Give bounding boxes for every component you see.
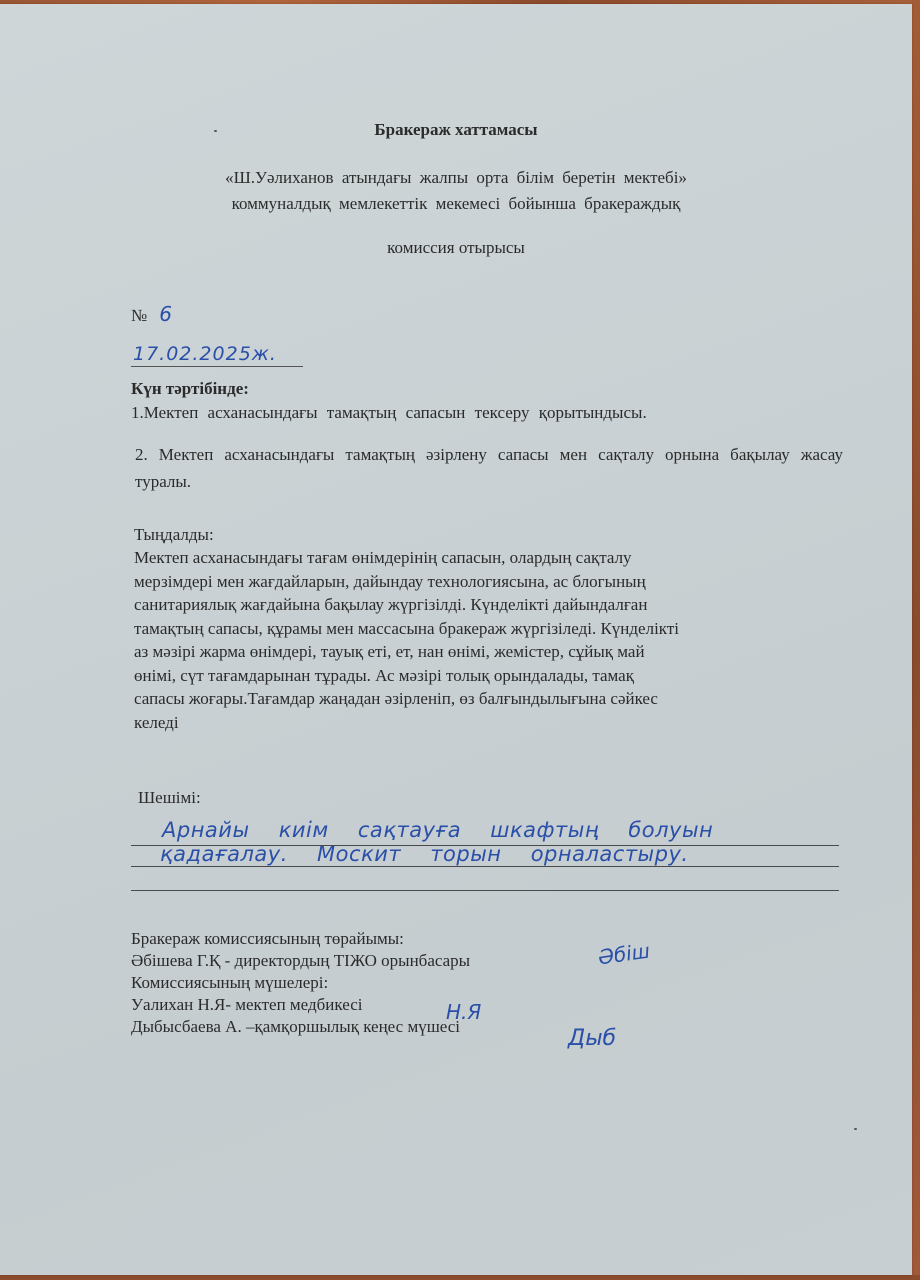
heard-line: өнімі, сүт тағамдарынан тұрады. Ас мәзір…: [134, 664, 844, 688]
heard-line: санитариялық жағдайына бақылау жүргізілд…: [134, 593, 844, 617]
heard-body: Мектеп асханасындағы тағам өнімдерінің с…: [134, 546, 844, 734]
heard-line: мерзімдері мен жағдайларын, дайындау тех…: [134, 570, 844, 594]
paper-speck: [854, 1128, 857, 1130]
paper-speck: [214, 130, 217, 132]
decision-handwritten-line-1: Арнайы киім сақтауға шкафтың болуын: [162, 818, 713, 842]
agenda-heading: Күн тәртібінде:: [131, 379, 249, 399]
number-value-handwritten: 6: [159, 302, 172, 326]
agenda-item-1: 1.Мектеп асханасындағы тамақтың сапасын …: [131, 402, 843, 425]
member-2-signature: Дыб: [568, 1026, 616, 1051]
heard-line: сапасы жоғары.Тағамдар жаңадан әзірленіп…: [134, 687, 844, 711]
heard-line: Мектеп асханасындағы тағам өнімдерінің с…: [134, 546, 844, 570]
member-1-name: Уалихан Н.Я- мектеп медбикесі: [131, 994, 470, 1016]
chair-name: Әбішева Г.Қ - директордың ТІЖО орынбасар…: [131, 950, 470, 972]
date-handwritten: 17.02.2025ж.: [131, 342, 303, 367]
member-1-signature: Н.Я: [446, 1000, 481, 1024]
heard-heading: Тыңдалды:: [134, 524, 846, 547]
paper-sheet: Бракераж хаттамасы «Ш.Уәлиханов атындағы…: [0, 4, 912, 1275]
members-heading: Комиссиясының мүшелері:: [131, 972, 470, 994]
chair-signature: Әбіш: [597, 939, 652, 970]
document: Бракераж хаттамасы «Ш.Уәлиханов атындағы…: [0, 4, 912, 1275]
subtitle-line-2: коммуналдық мемлекеттік мекемесі бойынша…: [0, 194, 912, 214]
decision-rule-line: [131, 890, 839, 891]
wood-frame-bottom: [0, 1275, 920, 1280]
subtitle-line-1: «Ш.Уәлиханов атындағы жалпы орта білім б…: [0, 168, 912, 188]
number-label: №: [131, 306, 147, 325]
heard-line: келеді: [134, 711, 844, 735]
chair-heading: Бракераж комиссиясының төрайымы:: [131, 928, 470, 950]
protocol-number: №6: [131, 302, 172, 326]
decision-heading: Шешімі:: [138, 788, 201, 808]
decision-rule-line: [131, 866, 839, 867]
heard-line: аз мәзірі жарма өнімдері, тауық еті, ет,…: [134, 640, 844, 664]
decision-rule-line: [131, 845, 839, 846]
heard-line: тамақтың сапасы, құрамы мен массасына бр…: [134, 617, 844, 641]
agenda-item-2: 2. Мектеп асханасындағы тамақтың әзірлен…: [135, 441, 843, 495]
member-2-name: Дыбысбаева А. –қамқоршылық кеңес мүшесі: [131, 1016, 470, 1038]
subtitle-line-3: комиссия отырысы: [0, 238, 912, 258]
signature-block: Бракераж комиссиясының төрайымы: Әбішева…: [131, 928, 470, 1038]
wood-frame-right: [912, 0, 920, 1280]
document-title: Бракераж хаттамасы: [0, 120, 912, 140]
